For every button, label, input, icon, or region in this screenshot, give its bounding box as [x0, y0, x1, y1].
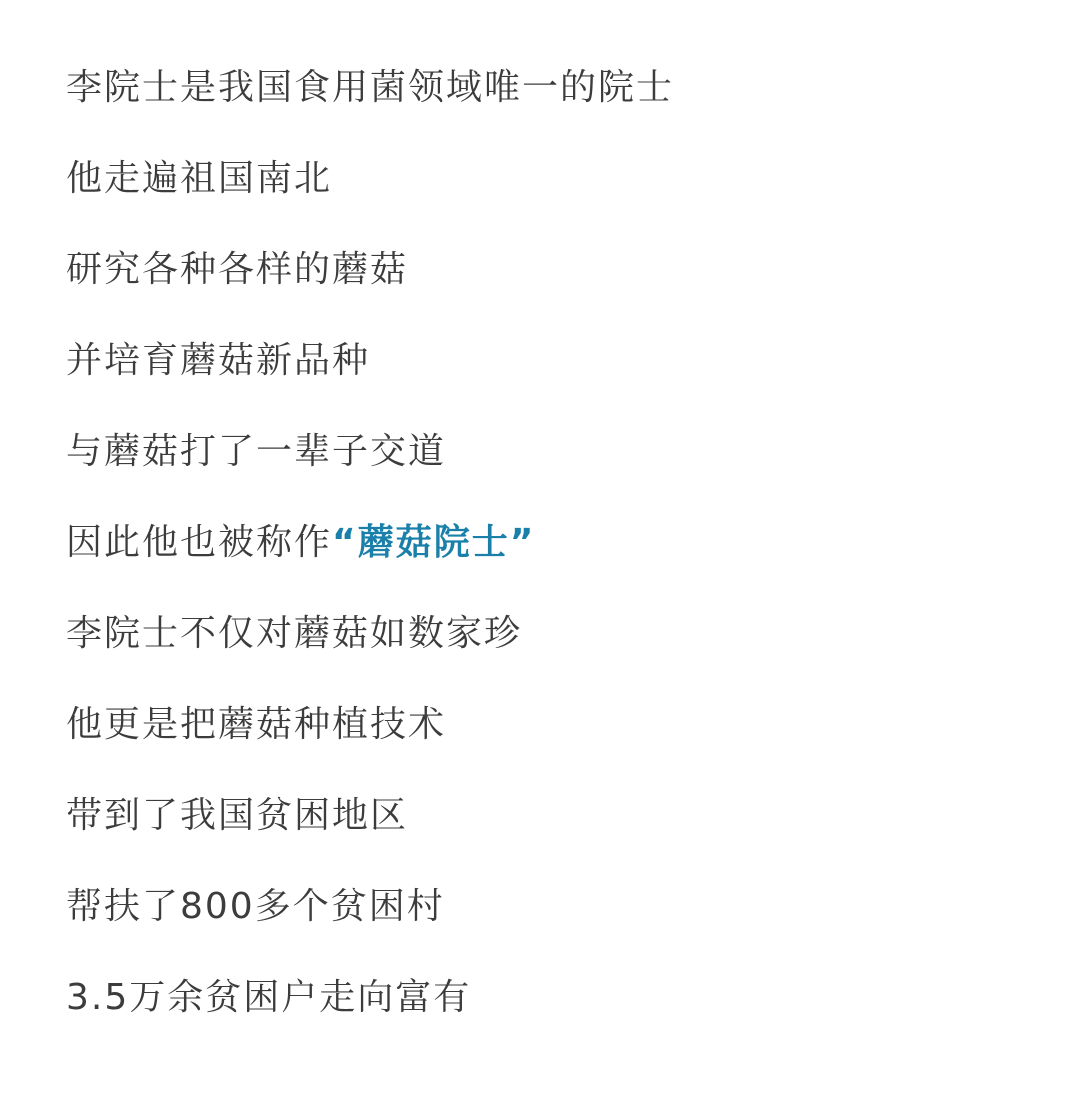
open-quote: “ [332, 522, 358, 563]
text-line: 3.5万余贫困户走向富有 [66, 972, 674, 1063]
text-line: 并培育蘑菇新品种 [66, 335, 674, 426]
text-line: 李院士不仅对蘑菇如数家珍 [66, 608, 674, 699]
text-line: 带到了我国贫困地区 [66, 790, 674, 881]
text-line-with-highlight: 因此他也被称作“蘑菇院士” [66, 517, 674, 608]
highlighted-title: 蘑菇院士 [358, 522, 510, 563]
text-line: 他更是把蘑菇种植技术 [66, 699, 674, 790]
article-body: 李院士是我国食用菌领域唯一的院士 他走遍祖国南北 研究各种各样的蘑菇 并培育蘑菇… [66, 62, 674, 1063]
close-quote: ” [510, 522, 536, 563]
text-line: 帮扶了800多个贫困村 [66, 881, 674, 972]
text-segment: 因此他也被称作 [66, 522, 332, 563]
text-line: 与蘑菇打了一辈子交道 [66, 426, 674, 517]
text-line: 李院士是我国食用菌领域唯一的院士 [66, 62, 674, 153]
text-line: 他走遍祖国南北 [66, 153, 674, 244]
text-line: 研究各种各样的蘑菇 [66, 244, 674, 335]
